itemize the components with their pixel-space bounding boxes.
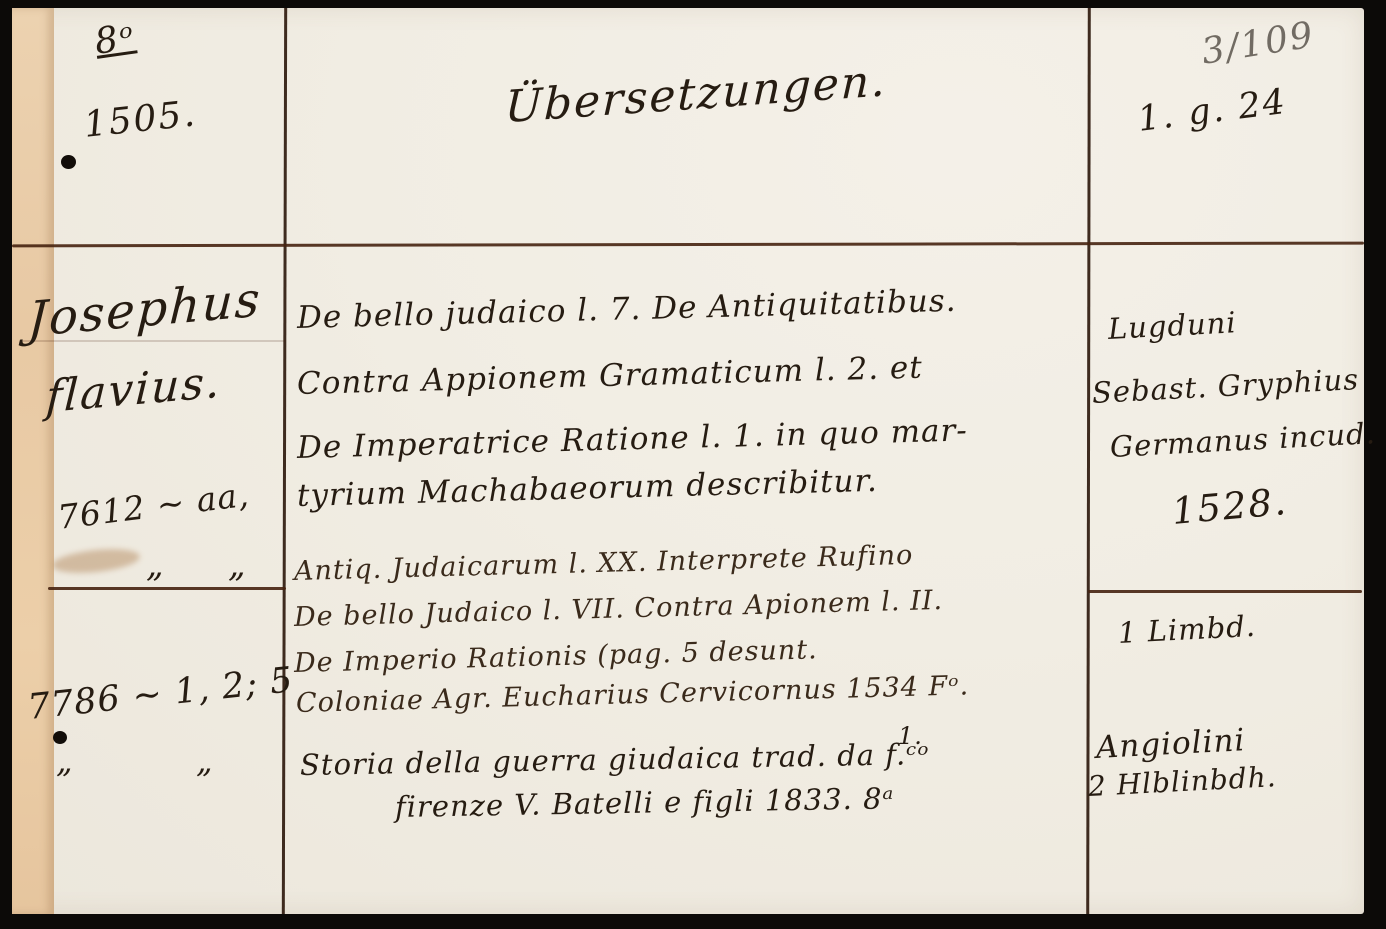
- entry2-ditto-2: „: [196, 742, 214, 780]
- left-column-sub-rule: [48, 587, 286, 590]
- right-column-sub-rule: [1088, 590, 1362, 593]
- entry2-ditto-1: „: [56, 742, 74, 780]
- ink-dot-top: [61, 155, 76, 169]
- paper-edge-strip: [12, 8, 54, 914]
- entry1-ditto-2: „: [228, 545, 247, 585]
- entry1-ditto-1: „: [146, 545, 165, 585]
- imprint-place: Lugduni: [1107, 305, 1237, 346]
- format-mark: 8ᵒ: [92, 17, 138, 63]
- binding-note-1: 1 Limbd.: [1117, 609, 1257, 650]
- scanned-catalog-card: 8ᵒ 1505. Übersetzungen. 3/109 1. g. 24 J…: [0, 0, 1386, 929]
